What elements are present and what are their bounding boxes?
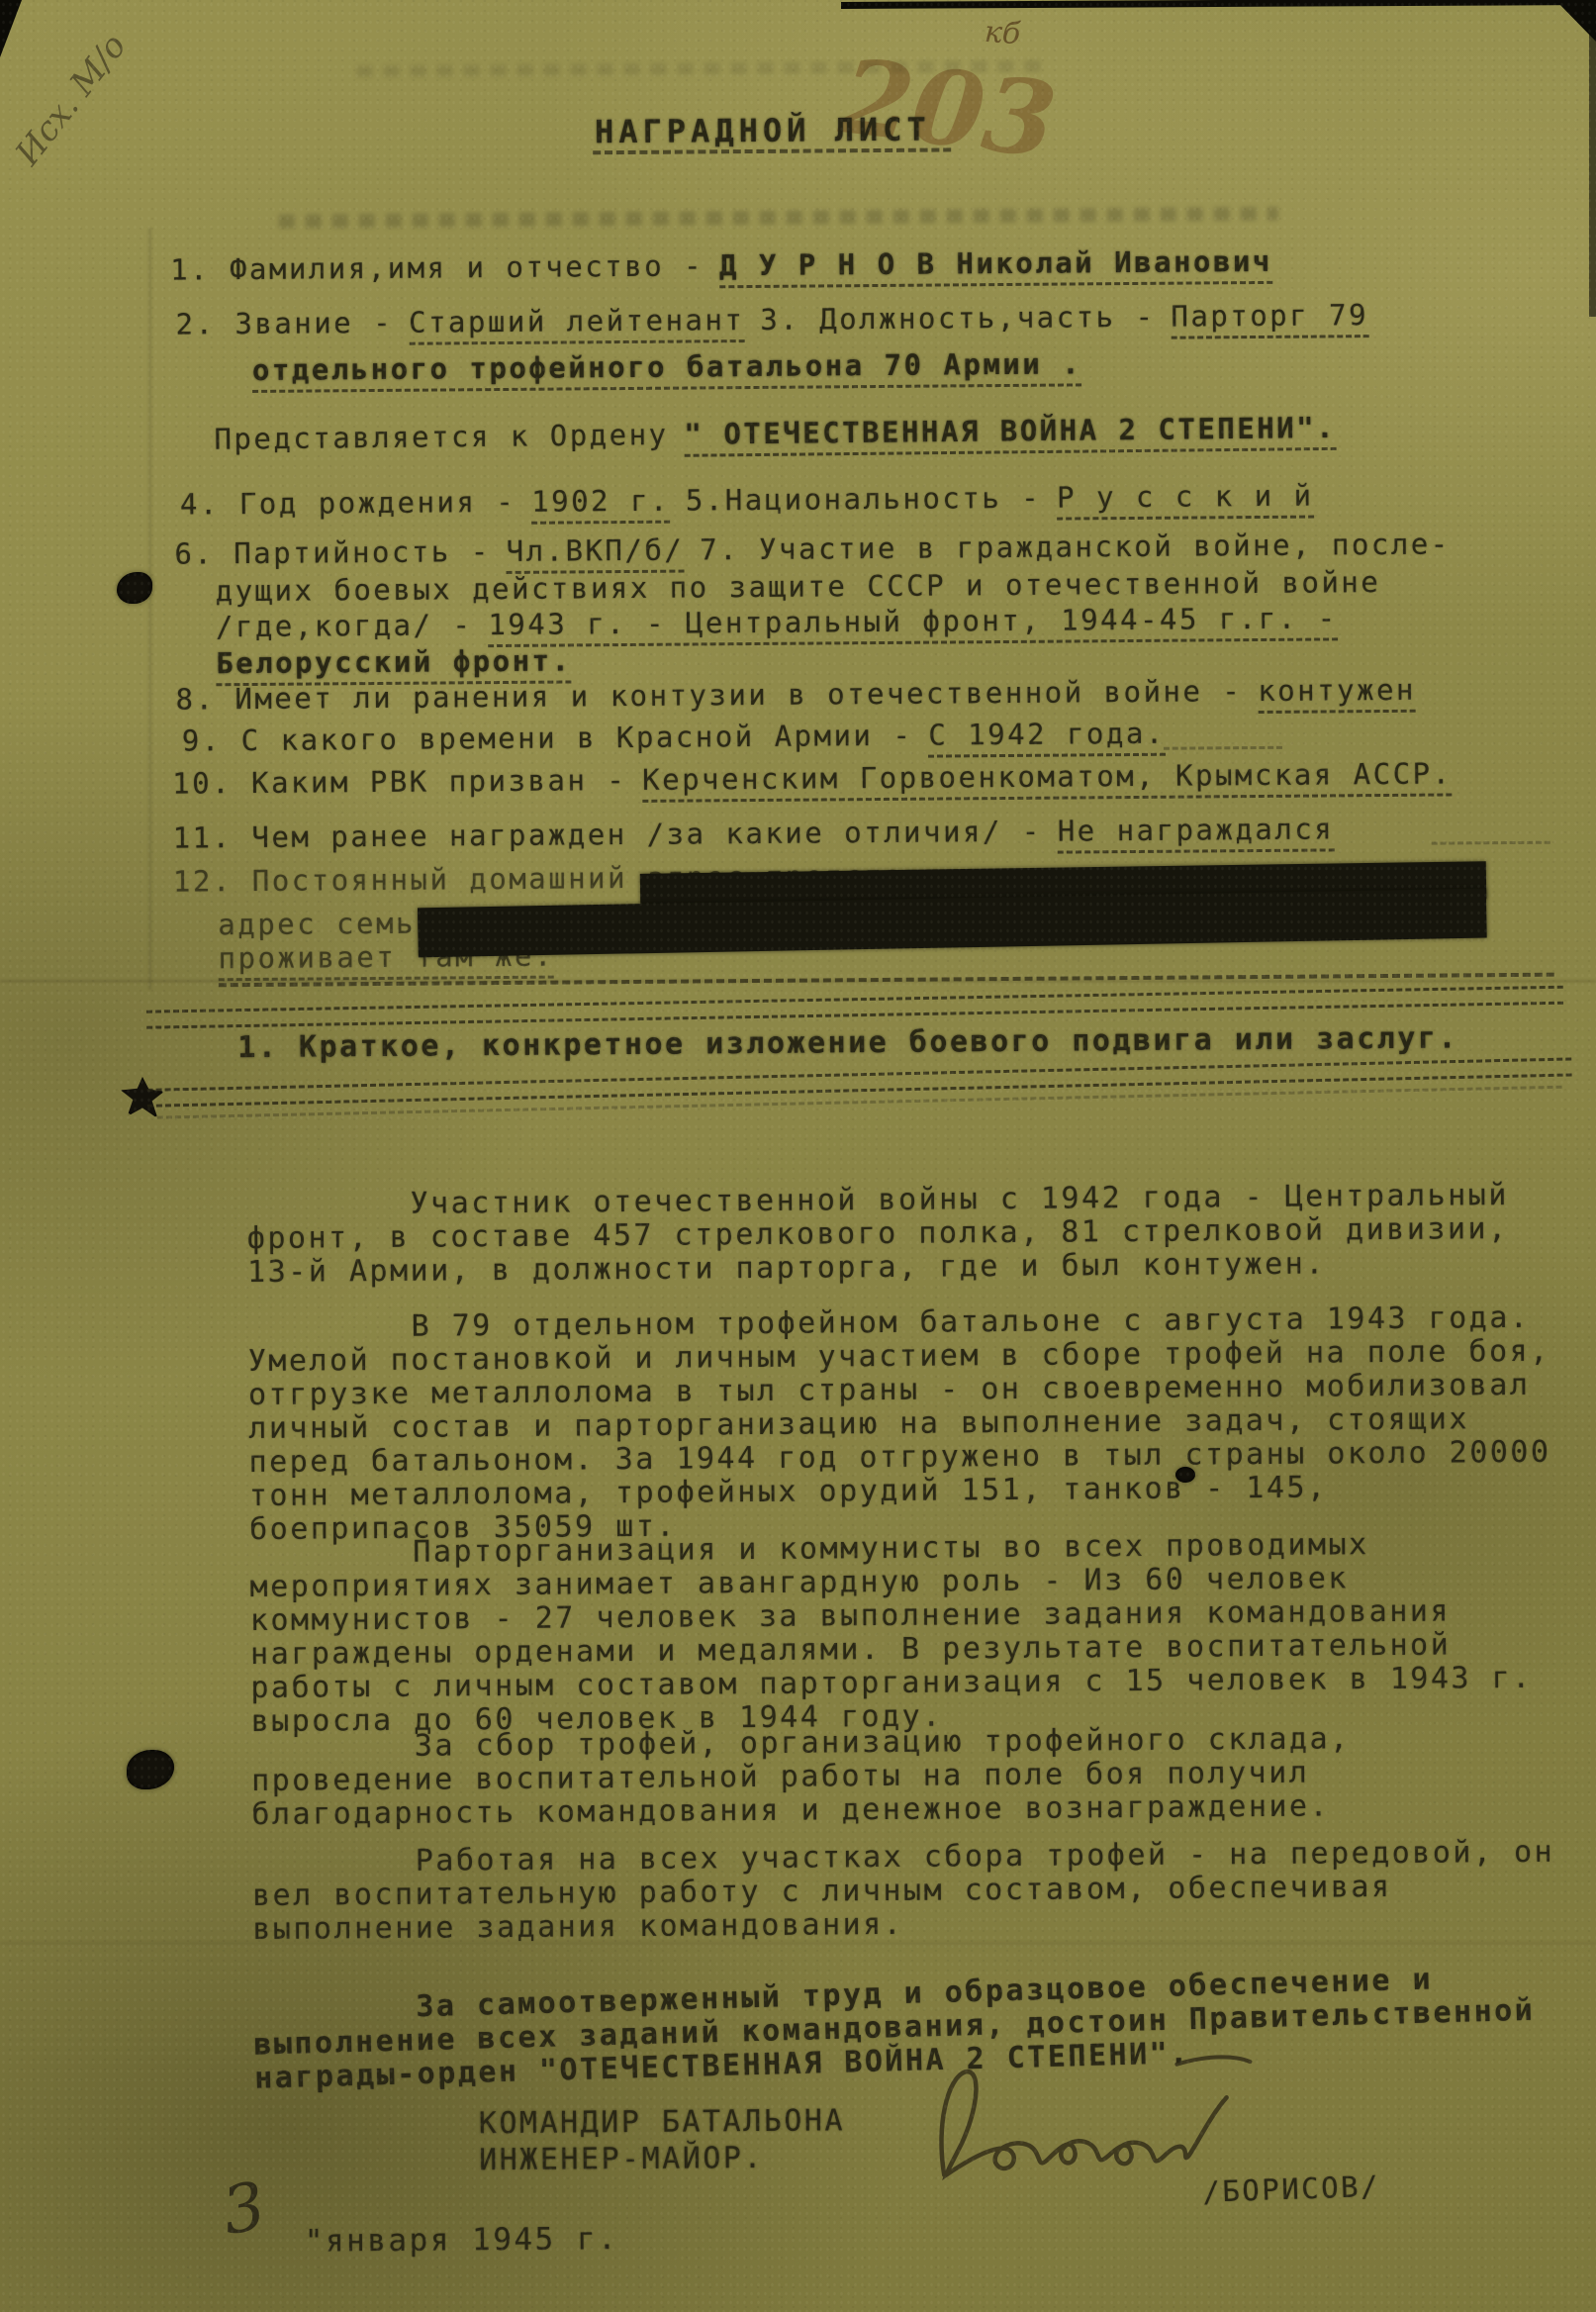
dash-trail xyxy=(1432,841,1550,845)
signer-role-block: КОМАНДИР БАТАЛЬОНА ИНЖЕНЕР-МАЙОР. xyxy=(479,2102,846,2178)
field-party-label: 6. Партийность - xyxy=(174,534,491,571)
field-name-value: Д У Р Н О В Николай Иванович xyxy=(719,244,1272,288)
field-name-line: 1. Фамилия,имя и отчество -Д У Р Н О В Н… xyxy=(170,244,1272,287)
presented-order-line: Представляется к Ордену" ОТЕЧЕСТВЕННАЯ В… xyxy=(214,411,1336,456)
field-nationality-label: 5.Национальность - xyxy=(686,481,1042,518)
field-name-label: 1. Фамилия,имя и отчество - xyxy=(170,248,704,286)
field-position-line2: отдельного трофейного батальона 70 Армии… xyxy=(252,346,1082,387)
field-war-front2-line: Белорусский фронт. xyxy=(216,643,572,680)
field-nationality-value: Р у с с к и й xyxy=(1057,479,1314,521)
presented-order-value: " ОТЕЧЕСТВЕННАЯ ВОЙНА 2 СТЕПЕНИ". xyxy=(684,411,1336,457)
field-prior-awards-value: Не награждался xyxy=(1058,812,1335,853)
ink-smudge xyxy=(279,207,1278,229)
date-typed: "января 1945 г. xyxy=(305,2221,619,2259)
field-rank-value: Старший лейтенант xyxy=(409,303,745,345)
citation-paragraph-6: За самоотверженный труд и образцовое обе… xyxy=(252,1960,1565,2096)
field-position-value2: отдельного трофейного батальона 70 Армии… xyxy=(252,346,1082,393)
field-recruited-label: 10. Каким РВК призван - xyxy=(172,763,626,801)
field-recruited-line: 10. Каким РВК призван -Керченским Горвое… xyxy=(172,756,1453,800)
citation-paragraph-4: За сбор трофей, организацию трофейного с… xyxy=(251,1721,1563,1832)
citation-paragraph-2: В 79 отдельном трофейном батальоне с авг… xyxy=(247,1301,1560,1547)
field-prior-awards-line: 11. Чем ранее награжден /за какие отличи… xyxy=(172,812,1334,854)
field-party-value: Чл.ВКП/б/ xyxy=(507,533,685,574)
dash-trail xyxy=(1164,746,1282,750)
field-wounds-value: контужен xyxy=(1258,673,1416,714)
date-day-handwritten: 3 xyxy=(217,2167,271,2250)
field-service-since-line: 9. С какого времени в Красной Армии -С 1… xyxy=(182,717,1166,758)
field-war-fronts-value: 1943 г. - Центральный фронт, 1944-45 г.г… xyxy=(488,601,1338,647)
document-title: НАГРАДНОЙ ЛИСТ xyxy=(595,111,931,151)
signer-typed-name: /БОРИСОВ/ xyxy=(1202,2169,1381,2209)
field-position-label: 3. Должность,часть - xyxy=(760,300,1155,337)
citation-paragraph-3: Парторганизация и коммунисты во всех про… xyxy=(249,1527,1562,1739)
field-position-value: Парторг 79 xyxy=(1171,298,1368,339)
citation-paragraph-1: Участник отечественной войны с 1942 года… xyxy=(246,1179,1558,1290)
field-war-label: 7. Участие в гражданской войне, после- xyxy=(700,527,1451,566)
signer-role-line2: ИНЖЕНЕР-МАЙОР. xyxy=(479,2139,845,2178)
field-war-where-label: /где,когда/ - xyxy=(216,608,473,643)
field-rank-position-line: 2. Звание -Старший лейтенант3. Должность… xyxy=(175,298,1368,340)
field-war-where-line: /где,когда/ -1943 г. - Центральный фронт… xyxy=(216,601,1338,643)
field-service-value: С 1942 года. xyxy=(928,717,1166,758)
presented-label: Представляется к Ордену xyxy=(214,418,668,456)
signer-role-line1: КОМАНДИР БАТАЛЬОНА xyxy=(479,2102,845,2142)
citation-paragraph-5: Работая на всех участках сбора трофей - … xyxy=(252,1836,1564,1947)
field-birthyear-label: 4. Год рождения - xyxy=(180,485,516,522)
field-service-label: 9. С какого времени в Красной Армии - xyxy=(182,719,913,758)
award-sheet-scan: Исх. М/о кб 203 НАГРАДНОЙ ЛИСТ 1. Фамили… xyxy=(0,0,1596,2312)
field-birthyear-nationality-line: 4. Год рождения -1902 г.5.Национальность… xyxy=(180,479,1314,522)
field-party-war-line: 6. Партийность -Чл.ВКП/б/7. Участие в гр… xyxy=(174,527,1451,570)
section-heading: 1. Краткое, конкретное изложение боевого… xyxy=(237,1020,1458,1065)
ink-smudge xyxy=(357,60,1050,77)
typed-content: НАГРАДНОЙ ЛИСТ 1. Фамилия,имя и отчество… xyxy=(0,0,1596,2312)
field-prior-awards-label: 11. Чем ранее награжден /за какие отличи… xyxy=(172,815,1041,855)
field-wounds-label: 8. Имеет ли ранения и контузии в отечест… xyxy=(175,674,1242,716)
field-recruited-value: Керченским Горвоенкоматом, Крымская АССР… xyxy=(642,756,1453,802)
field-rank-label: 2. Звание - xyxy=(175,306,393,341)
redaction-bar xyxy=(418,889,1487,958)
field-birthyear-value: 1902 г. xyxy=(531,484,670,525)
